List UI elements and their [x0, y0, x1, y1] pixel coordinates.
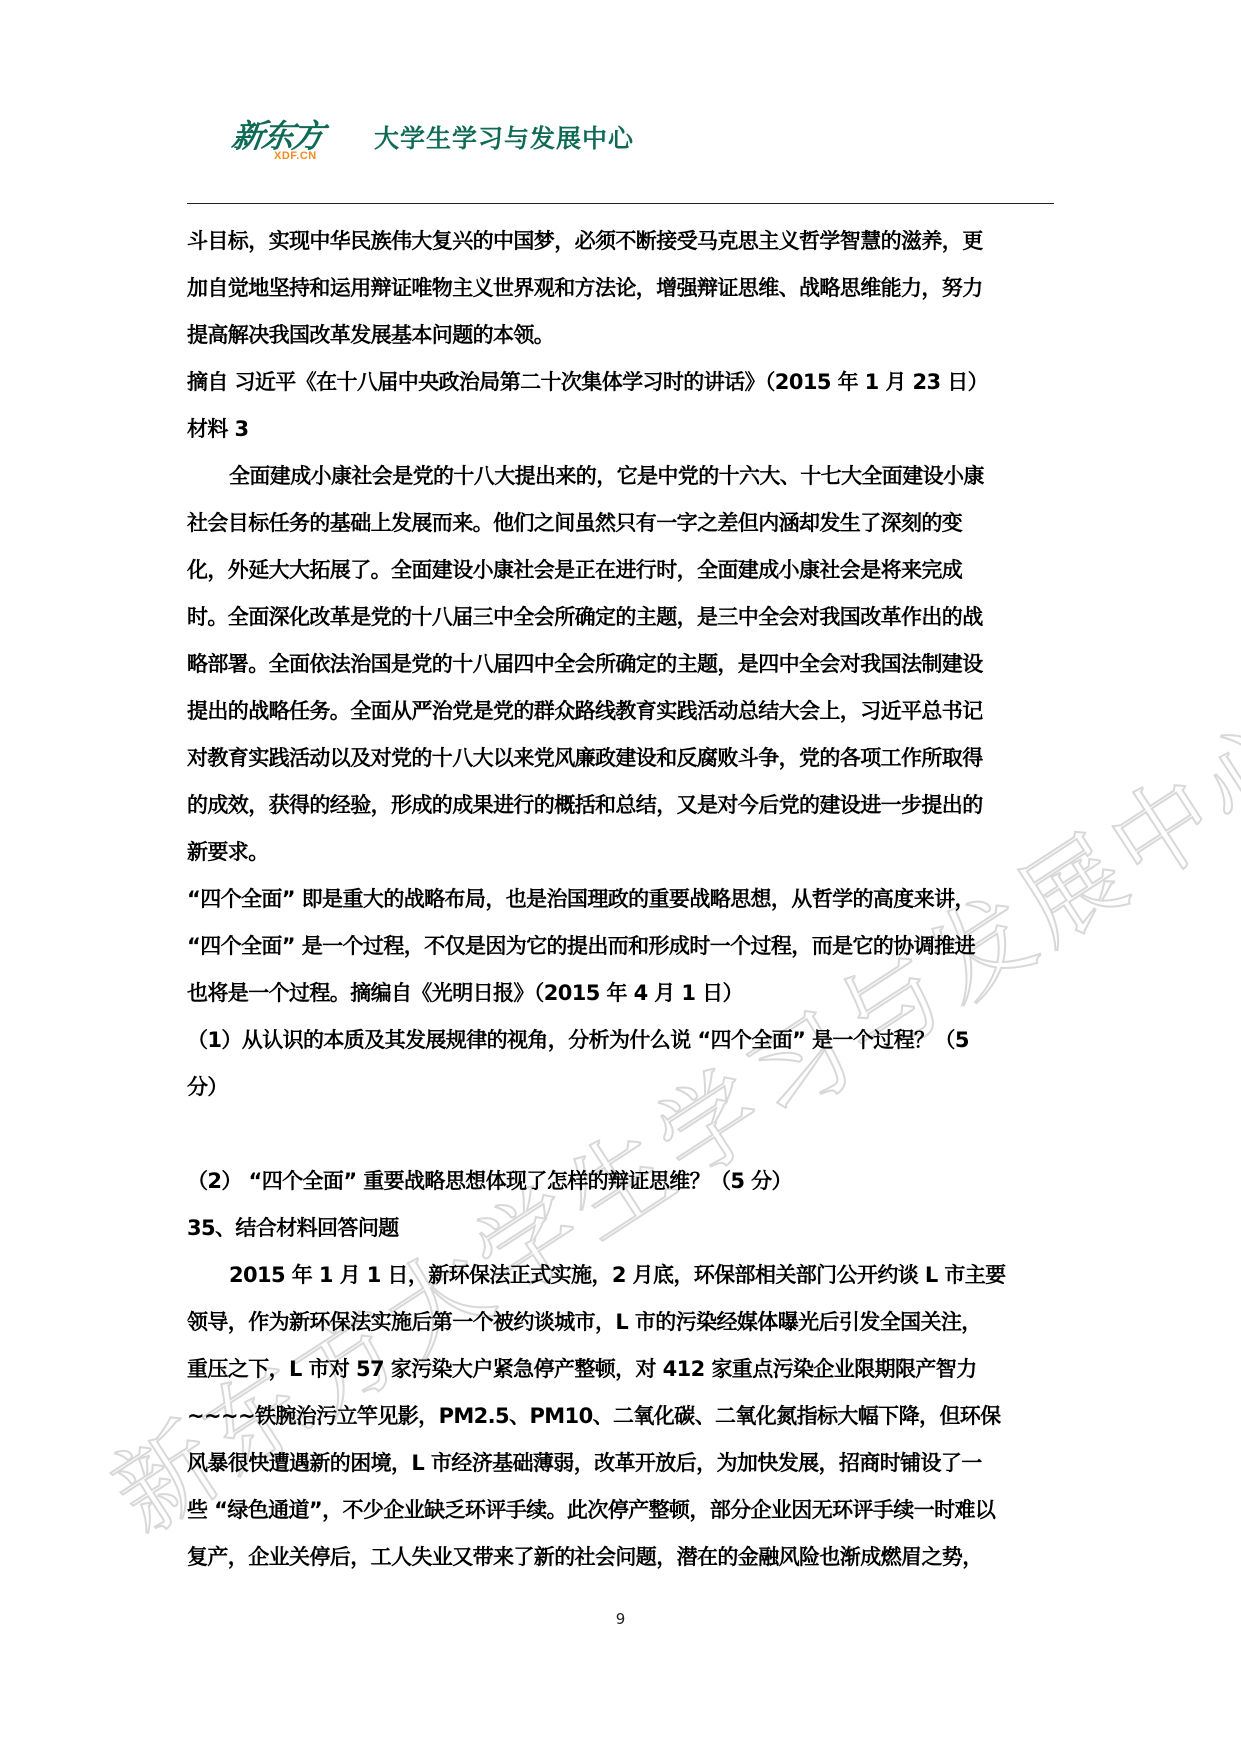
text-line: ~~~~铁腕治污立竿见影，PM2.5、PM10、二氧化碳、二氧化氮指标大幅下降，…	[187, 1393, 1057, 1440]
page-number: 9	[0, 1610, 1241, 1628]
xdf-logo: 新东方 XDF.CN	[232, 118, 352, 168]
question-2: （2） “四个全面” 重要战略思想体现了怎样的辩证思维？（5 分）	[187, 1158, 1057, 1205]
text-line: 略部署。全面依法治国是党的十八届四中全会所确定的主题，是四中全会对我国法制建设	[187, 641, 1057, 688]
text-line: “四个全面” 是一个过程，不仅是因为它的提出而和形成时一个过程，而是它的协调推进	[187, 923, 1057, 970]
text-line: 风暴很快遭遇新的困境，L 市经济基础薄弱，改革开放后，为加快发展，招商时铺设了一	[187, 1440, 1057, 1487]
text-line: 复产，企业关停后，工人失业又带来了新的社会问题，潜在的金融风险也渐成燃眉之势，	[187, 1534, 1057, 1581]
citation-line: 也将是一个过程。摘编自《光明日报》（2015 年 4 月 1 日）	[187, 970, 1057, 1017]
citation-line: 摘自 习近平《在十八届中央政治局第二十次集体学习时的讲话》（2015 年 1 月…	[187, 359, 1057, 406]
text-line: 对教育实践活动以及对党的十八大以来党风廉政建设和反腐败斗争，党的各项工作所取得	[187, 735, 1057, 782]
document-body: 斗目标，实现中华民族伟大复兴的中国梦，必须不断接受马克思主义哲学智慧的滋养，更 …	[187, 218, 1057, 1581]
logo-chinese: 新东方	[229, 118, 324, 154]
text-line: 的成效，获得的经验，形成的成果进行的概括和总结，又是对今后党的建设进一步提出的	[187, 782, 1057, 829]
logo-english: XDF.CN	[274, 150, 317, 162]
text-line: 2015 年 1 月 1 日，新环保法正式实施，2 月底，环保部相关部门公开约谈…	[187, 1252, 1057, 1299]
page-header: 新东方 XDF.CN 大学生学习与发展中心	[232, 118, 634, 168]
text-line: 提出的战略任务。全面从严治党是党的群众路线教育实践活动总结大会上，习近平总书记	[187, 688, 1057, 735]
text-line: 重压之下，L 市对 57 家污染大户紧急停产整顿，对 412 家重点污染企业限期…	[187, 1346, 1057, 1393]
text-line: 斗目标，实现中华民族伟大复兴的中国梦，必须不断接受马克思主义哲学智慧的滋养，更	[187, 218, 1057, 265]
text-line: 社会目标任务的基础上发展而来。他们之间虽然只有一字之差但内涵却发生了深刻的变	[187, 500, 1057, 547]
text-line: “四个全面” 即是重大的战略布局，也是治国理政的重要战略思想，从哲学的高度来讲，	[187, 876, 1057, 923]
text-line: 领导，作为新环保法实施后第一个被约谈城市，L 市的污染经媒体曝光后引发全国关注，	[187, 1299, 1057, 1346]
question-1: （1）从认识的本质及其发展规律的视角，分析为什么说 “四个全面” 是一个过程？（…	[187, 1017, 1057, 1064]
text-line: 新要求。	[187, 829, 1057, 876]
text-line: 化，外延大大拓展了。全面建设小康社会是正在进行时，全面建成小康社会是将来完成	[187, 547, 1057, 594]
answer-space	[187, 1111, 1057, 1158]
material-heading: 材料 3	[187, 406, 1057, 453]
question-35-heading: 35、结合材料回答问题	[187, 1205, 1057, 1252]
header-divider	[187, 203, 1054, 204]
header-title: 大学生学习与发展中心	[374, 124, 634, 154]
text-line: 些 “绿色通道”，不少企业缺乏环评手续。此次停产整顿，部分企业因无环评手续一时难…	[187, 1487, 1057, 1534]
text-line: 加自觉地坚持和运用辩证唯物主义世界观和方法论，增强辩证思维、战略思维能力，努力	[187, 265, 1057, 312]
text-line: 时。全面深化改革是党的十八届三中全会所确定的主题，是三中全会对我国改革作出的战	[187, 594, 1057, 641]
text-line: 全面建成小康社会是党的十八大提出来的，它是中党的十六大、十七大全面建设小康	[187, 453, 1057, 500]
question-1-cont: 分）	[187, 1064, 1057, 1111]
text-line: 提高解决我国改革发展基本问题的本领。	[187, 312, 1057, 359]
document-page: 新东方大学生学习与发展中心 新东方 XDF.CN 大学生学习与发展中心 斗目标，…	[0, 0, 1241, 1754]
